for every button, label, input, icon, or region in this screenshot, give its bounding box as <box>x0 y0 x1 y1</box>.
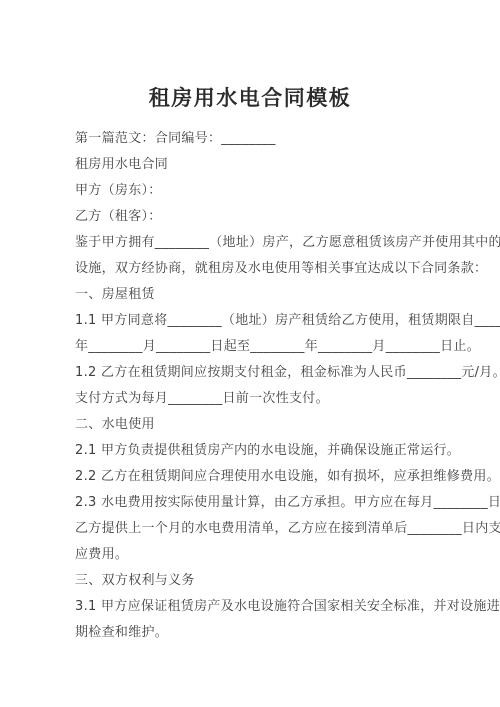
contract-line: 第一篇范文：合同编号：________ <box>75 126 445 152</box>
contract-line: 年________月________日起至________年________月_… <box>75 334 445 360</box>
contract-line: 支付方式为每月________日前一次性支付。 <box>75 386 445 412</box>
contract-line: 3.1 甲方应保证租赁房产及水电设施符合国家相关安全标准，并对设施进行定 <box>75 594 445 620</box>
document-title: 租房用水电合同模板 <box>0 82 500 112</box>
document-body: 第一篇范文：合同编号：________ 租房用水电合同 甲方（房东）： 乙方（租… <box>75 126 445 646</box>
contract-line: 2.3 水电费用按实际使用量计算，由乙方承担。甲方应在每月________日前向 <box>75 490 445 516</box>
contract-line: 乙方提供上一个月的水电费用清单，乙方应在接到清单后________日内支付相 <box>75 516 445 542</box>
contract-line: 设施，双方经协商，就租房及水电使用等相关事宜达成以下合同条款： <box>75 256 445 282</box>
contract-line: 租房用水电合同 <box>75 152 445 178</box>
contract-section-heading: 二、水电使用 <box>75 412 445 438</box>
contract-line: 2.2 乙方在租赁期间应合理使用水电设施，如有损坏，应承担维修费用。 <box>75 464 445 490</box>
contract-line: 2.1 甲方负责提供租赁房产内的水电设施，并确保设施正常运行。 <box>75 438 445 464</box>
contract-line: 乙方（租客）： <box>75 204 445 230</box>
contract-line: 鉴于甲方拥有________（地址）房产，乙方愿意租赁该房产并使用其中的水电 <box>75 230 445 256</box>
contract-line: 应费用。 <box>75 542 445 568</box>
contract-section-heading: 一、房屋租赁 <box>75 282 445 308</box>
contract-line: 甲方（房东）： <box>75 178 445 204</box>
contract-line: 期检查和维护。 <box>75 620 445 646</box>
contract-section-heading: 三、双方权利与义务 <box>75 568 445 594</box>
contract-line: 1.2 乙方在租赁期间应按期支付租金，租金标准为人民币________元/月。租… <box>75 360 445 386</box>
document-page: 租房用水电合同模板 第一篇范文：合同编号：________ 租房用水电合同 甲方… <box>0 0 500 707</box>
contract-line: 1.1 甲方同意将________（地址）房产租赁给乙方使用，租赁期限自____… <box>75 308 445 334</box>
